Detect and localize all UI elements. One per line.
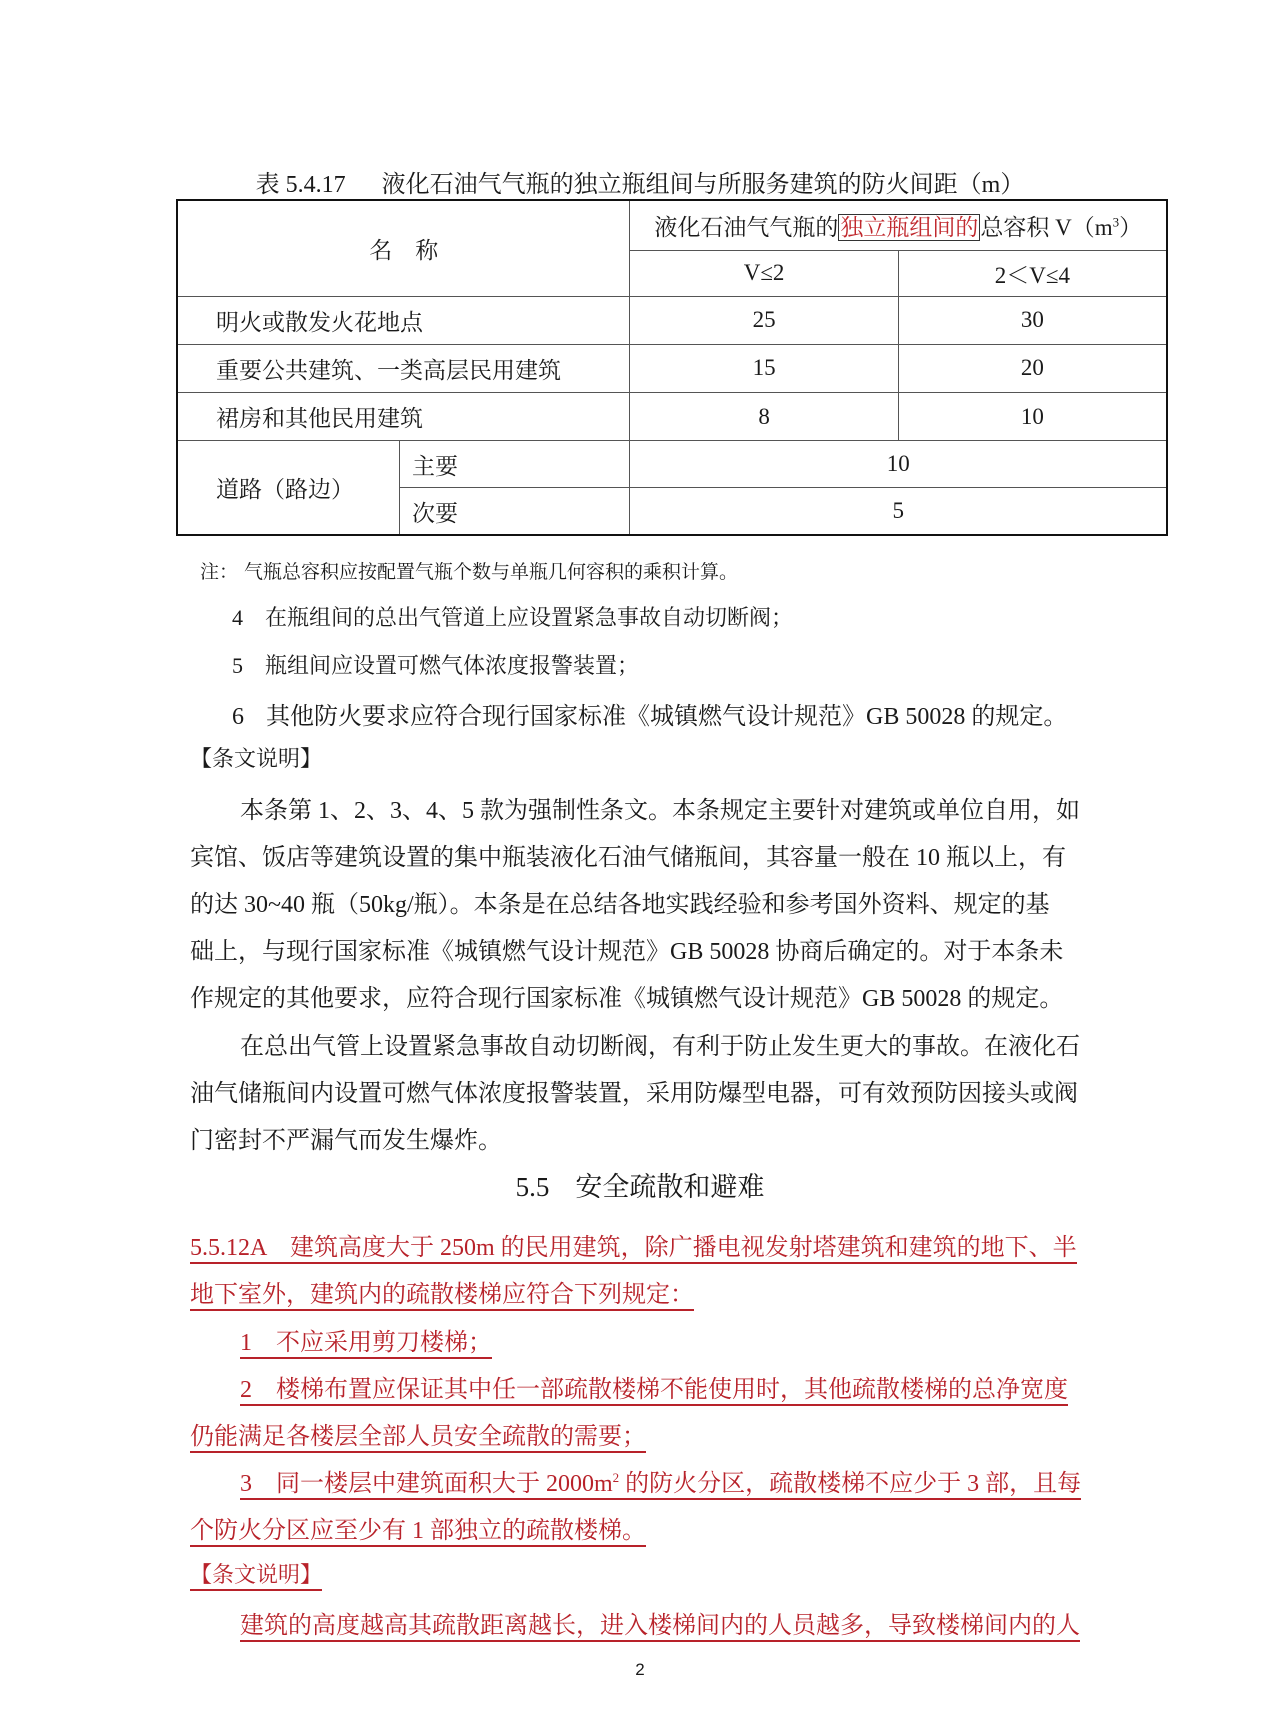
road-label: 道路（路边） [177, 441, 399, 535]
section-heading: 5.5安全疏散和避难 [0, 1165, 1280, 1204]
clause-item-3-cont: 个防火分区应至少有 1 部独立的疏散楼梯。 [190, 1510, 646, 1545]
clause-explanation-line: 建筑的高度越高其疏散距离越长，进入楼梯间内的人员越多，导致楼梯间内的人 [240, 1605, 1080, 1640]
clause-item-3: 3 同一楼层中建筑面积大于 2000m2 的防火分区，疏散楼梯不应少于 3 部，… [240, 1463, 1081, 1498]
explanation-line: 门密封不严漏气而发生爆炸。 [190, 1120, 502, 1155]
table-note: 注： 气瓶总容积应按配置气瓶个数与单瓶几何容积的乘积计算。 [200, 557, 738, 584]
clause-line: 地下室外，建筑内的疏散楼梯应符合下列规定： [190, 1274, 694, 1309]
clause-item-2-cont: 仍能满足各楼层全部人员安全疏散的需要； [190, 1416, 646, 1451]
table-row: 重要公共建筑、一类高层民用建筑 15 20 [177, 344, 1167, 392]
header-volume: 液化石油气气瓶的独立瓶组间的总容积 V（m3） [630, 200, 1167, 250]
table-row: 道路（路边） 主要 10 [177, 441, 1167, 488]
explanation-line: 油气储瓶间内设置可燃气体浓度报警装置，采用防爆型电器，可有效预防因接头或阀 [190, 1073, 1078, 1108]
header-name: 名 称 [177, 200, 630, 296]
clause-line: 5.5.12A 建筑高度大于 250m 的民用建筑，除广播电视发射塔建筑和建筑的… [190, 1227, 1077, 1262]
explanation-line: 本条第 1、2、3、4、5 款为强制性条文。本条规定主要针对建筑或单位自用，如 [240, 790, 1080, 825]
page-number: 2 [0, 1660, 1280, 1680]
explanation-heading: 【条文说明】 [190, 742, 322, 773]
explanation-line: 宾馆、饭店等建筑设置的集中瓶装液化石油气储瓶间，其容量一般在 10 瓶以上，有 [190, 837, 1066, 872]
explanation-line: 础上，与现行国家标准《城镇燃气设计规范》GB 50028 协商后确定的。对于本条… [190, 931, 1063, 966]
table-caption-number: 表 5.4.17 [256, 172, 346, 198]
col-header-2: 2＜V≤4 [898, 250, 1167, 296]
item-5: 5瓶组间应设置可燃气体浓度报警装置； [232, 649, 639, 680]
item-4: 4在瓶组间的总出气管道上应设置紧急事故自动切断阀； [232, 601, 793, 632]
table-caption: 表 5.4.17液化石油气气瓶的独立瓶组间与所服务建筑的防火间距（m） [0, 164, 1280, 199]
highlight-box: 独立瓶组间的 [838, 214, 980, 241]
clause-item-2: 2 楼梯布置应保证其中任一部疏散楼梯不能使用时，其他疏散楼梯的总净宽度 [240, 1369, 1068, 1404]
table-row: 明火或散发火花地点 25 30 [177, 296, 1167, 344]
clause-explanation-heading: 【条文说明】 [190, 1558, 322, 1589]
explanation-line: 作规定的其他要求，应符合现行国家标准《城镇燃气设计规范》GB 50028 的规定… [190, 978, 1063, 1013]
item-6: 6其他防火要求应符合现行国家标准《城镇燃气设计规范》GB 50028 的规定。 [232, 696, 1067, 731]
table-caption-title: 液化石油气气瓶的独立瓶组间与所服务建筑的防火间距（m） [382, 172, 1025, 198]
col-header-1: V≤2 [630, 250, 898, 296]
fire-distance-table: 名 称 液化石油气气瓶的独立瓶组间的总容积 V（m3） V≤2 2＜V≤4 明火… [176, 199, 1168, 536]
explanation-line: 在总出气管上设置紧急事故自动切断阀，有利于防止发生更大的事故。在液化石 [240, 1026, 1080, 1061]
explanation-line: 的达 30~40 瓶（50kg/瓶）。本条是在总结各地实践经验和参考国外资料、规… [190, 884, 1050, 919]
clause-item-1: 1 不应采用剪刀楼梯； [240, 1322, 492, 1357]
table-row: 裙房和其他民用建筑 8 10 [177, 393, 1167, 441]
